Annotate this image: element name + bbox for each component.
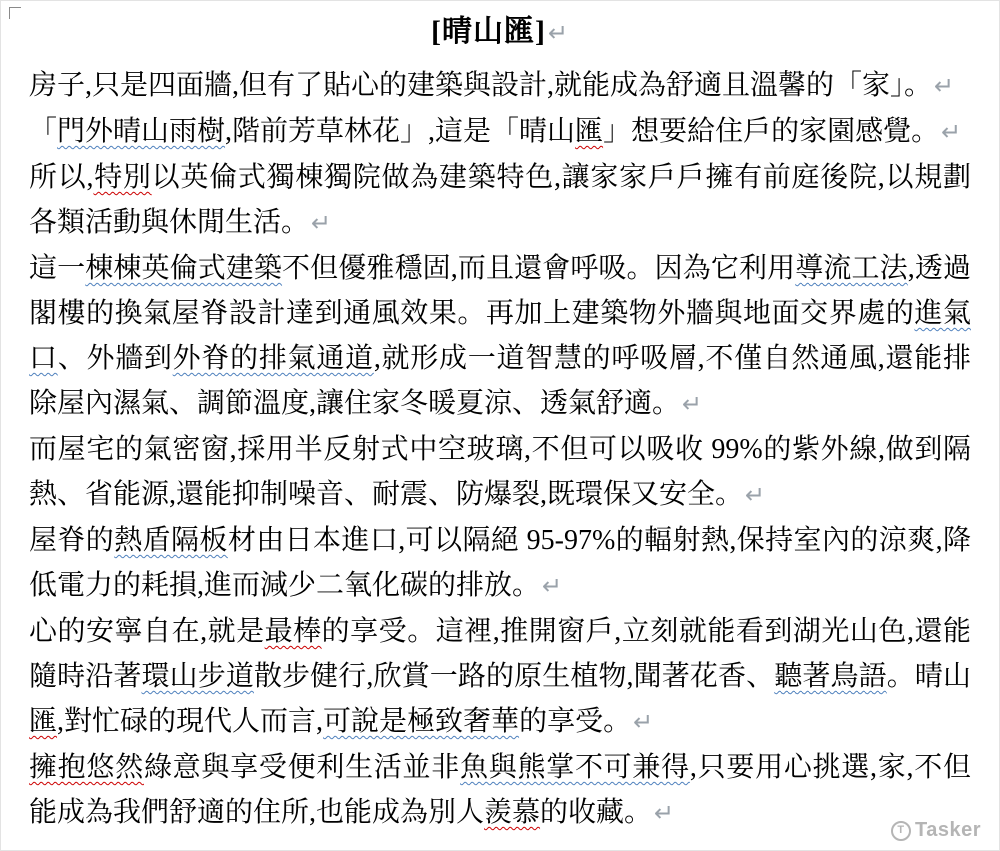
paragraph: 「門外晴山雨樹,階前芳草林花」,這是「晴山匯」想要給住戶的家園感覺。↵ — [29, 109, 971, 155]
text-boundary-corner-mark — [9, 7, 21, 19]
paragraph-mark: ↵ — [652, 800, 674, 827]
page-title: [晴山匯] — [431, 15, 546, 48]
spelling-error-red-squiggle: 擁抱悠然 — [29, 752, 144, 783]
text-run: 。晴山 — [887, 661, 971, 692]
text-run: 這一 — [29, 253, 85, 284]
grammar-check-blue-squiggle: 環山步道 — [141, 661, 253, 692]
watermark-label: Tasker — [915, 819, 981, 842]
grammar-check-blue-squiggle: 外脊的排氣通道 — [173, 343, 374, 374]
paragraph-mark: ↵ — [546, 20, 569, 47]
text-run: 房子,只是四面牆,但有了貼心的建築與設計,就能成為舒適且溫馨的「家」。 — [29, 70, 932, 101]
paragraph-mark: ↵ — [631, 709, 653, 736]
text-run: 以英倫式獨棟獨院做為建築特色,讓家家戶戶擁有前庭後院,以規劃各類活動與休閒生活。 — [29, 162, 971, 238]
paragraph: 擁抱悠然綠意與享受便利生活並非魚與熊掌不可兼得,只要用心挑選,家,不但能成為我們… — [29, 745, 971, 836]
spelling-error-red-squiggle: 最棒 — [265, 616, 322, 647]
text-run: ,對忙碌的現代人而言, — [57, 706, 323, 737]
paragraph: 這一棟棟英倫式建築不但優雅穩固,而且還會呼吸。因為它利用導流工法,透過閣樓的換氣… — [29, 246, 971, 427]
paragraph: 心的安寧自在,就是最棒的享受。這裡,推開窗戶,立刻就能看到湖光山色,還能隨時沿著… — [29, 609, 971, 745]
paragraph: 屋脊的熱盾隔板材由日本進口,可以隔絕 95-97%的輻射熱,保持室內的涼爽,降低… — [29, 518, 971, 609]
grammar-check-blue-squiggle: 魚與熊掌不可兼得 — [460, 752, 690, 783]
paragraph-mark: ↵ — [309, 210, 331, 237]
text-run: 綠意與享受便利生活並非 — [144, 752, 460, 783]
spelling-error-red-squiggle: 匯 — [575, 116, 603, 147]
text-run: 心的安寧自在,就是 — [29, 616, 265, 647]
grammar-check-blue-squiggle: 導流工法 — [795, 253, 907, 284]
watermark: T Tasker — [891, 819, 981, 842]
grammar-check-blue-squiggle: 極致奢華 — [407, 706, 519, 737]
text-run: 不但優雅穩固,而且還會呼吸。因為它利用 — [282, 253, 795, 284]
text-run: 而屋宅的氣密窗,採用半反射式中空玻璃,不但可以吸收 99%的紫外線,做到隔熱、省… — [29, 434, 971, 510]
grammar-check-blue-squiggle: 棟棟英倫式建築 — [85, 253, 282, 284]
document-body[interactable]: 房子,只是四面牆,但有了貼心的建築與設計,就能成為舒適且溫馨的「家」。↵「門外晴… — [29, 63, 971, 836]
text-run: 、外牆到 — [58, 343, 173, 374]
paragraph-mark: ↵ — [680, 391, 702, 418]
spelling-error-red-squiggle: 羨慕 — [484, 797, 540, 828]
title-paragraph: [晴山匯]↵ — [1, 9, 999, 57]
paragraph-mark: ↵ — [932, 73, 954, 100]
text-run: 的享受。 — [519, 706, 631, 737]
tasker-logo-icon: T — [891, 821, 911, 841]
spelling-error-red-squiggle: 匯 — [29, 706, 57, 737]
paragraph-mark: ↵ — [743, 482, 765, 509]
spelling-error-red-squiggle: 特別 — [93, 162, 151, 193]
text-run: ,階前芳草林花」,這是「晴山 — [225, 116, 575, 147]
text-run: 屋脊的 — [29, 525, 114, 556]
text-run: 所以, — [29, 162, 93, 193]
paragraph: 所以,特別以英倫式獨棟獨院做為建築特色,讓家家戶戶擁有前庭後院,以規劃各類活動與… — [29, 155, 971, 246]
paragraph: 而屋宅的氣密窗,採用半反射式中空玻璃,不但可以吸收 99%的紫外線,做到隔熱、省… — [29, 427, 971, 518]
paragraph-mark: ↵ — [540, 573, 562, 600]
text-run: 」想要給住戶的家園感覺。 — [603, 116, 939, 147]
text-run: 「 — [29, 116, 57, 147]
grammar-check-blue-squiggle: 熱盾隔板 — [114, 525, 228, 556]
grammar-check-blue-squiggle: 可說是 — [323, 706, 407, 737]
paragraph-mark: ↵ — [939, 119, 961, 146]
grammar-check-blue-squiggle: 聽著鳥語 — [774, 661, 886, 692]
grammar-check-blue-squiggle: 門外晴山雨樹 — [57, 116, 225, 147]
text-run: 的收藏。 — [540, 797, 652, 828]
text-run: 散步健行,欣賞一路的原生植物,聞著花香、 — [254, 661, 774, 692]
document-page: [晴山匯]↵ 房子,只是四面牆,但有了貼心的建築與設計,就能成為舒適且溫馨的「家… — [0, 0, 1000, 851]
paragraph: 房子,只是四面牆,但有了貼心的建築與設計,就能成為舒適且溫馨的「家」。↵ — [29, 63, 971, 109]
